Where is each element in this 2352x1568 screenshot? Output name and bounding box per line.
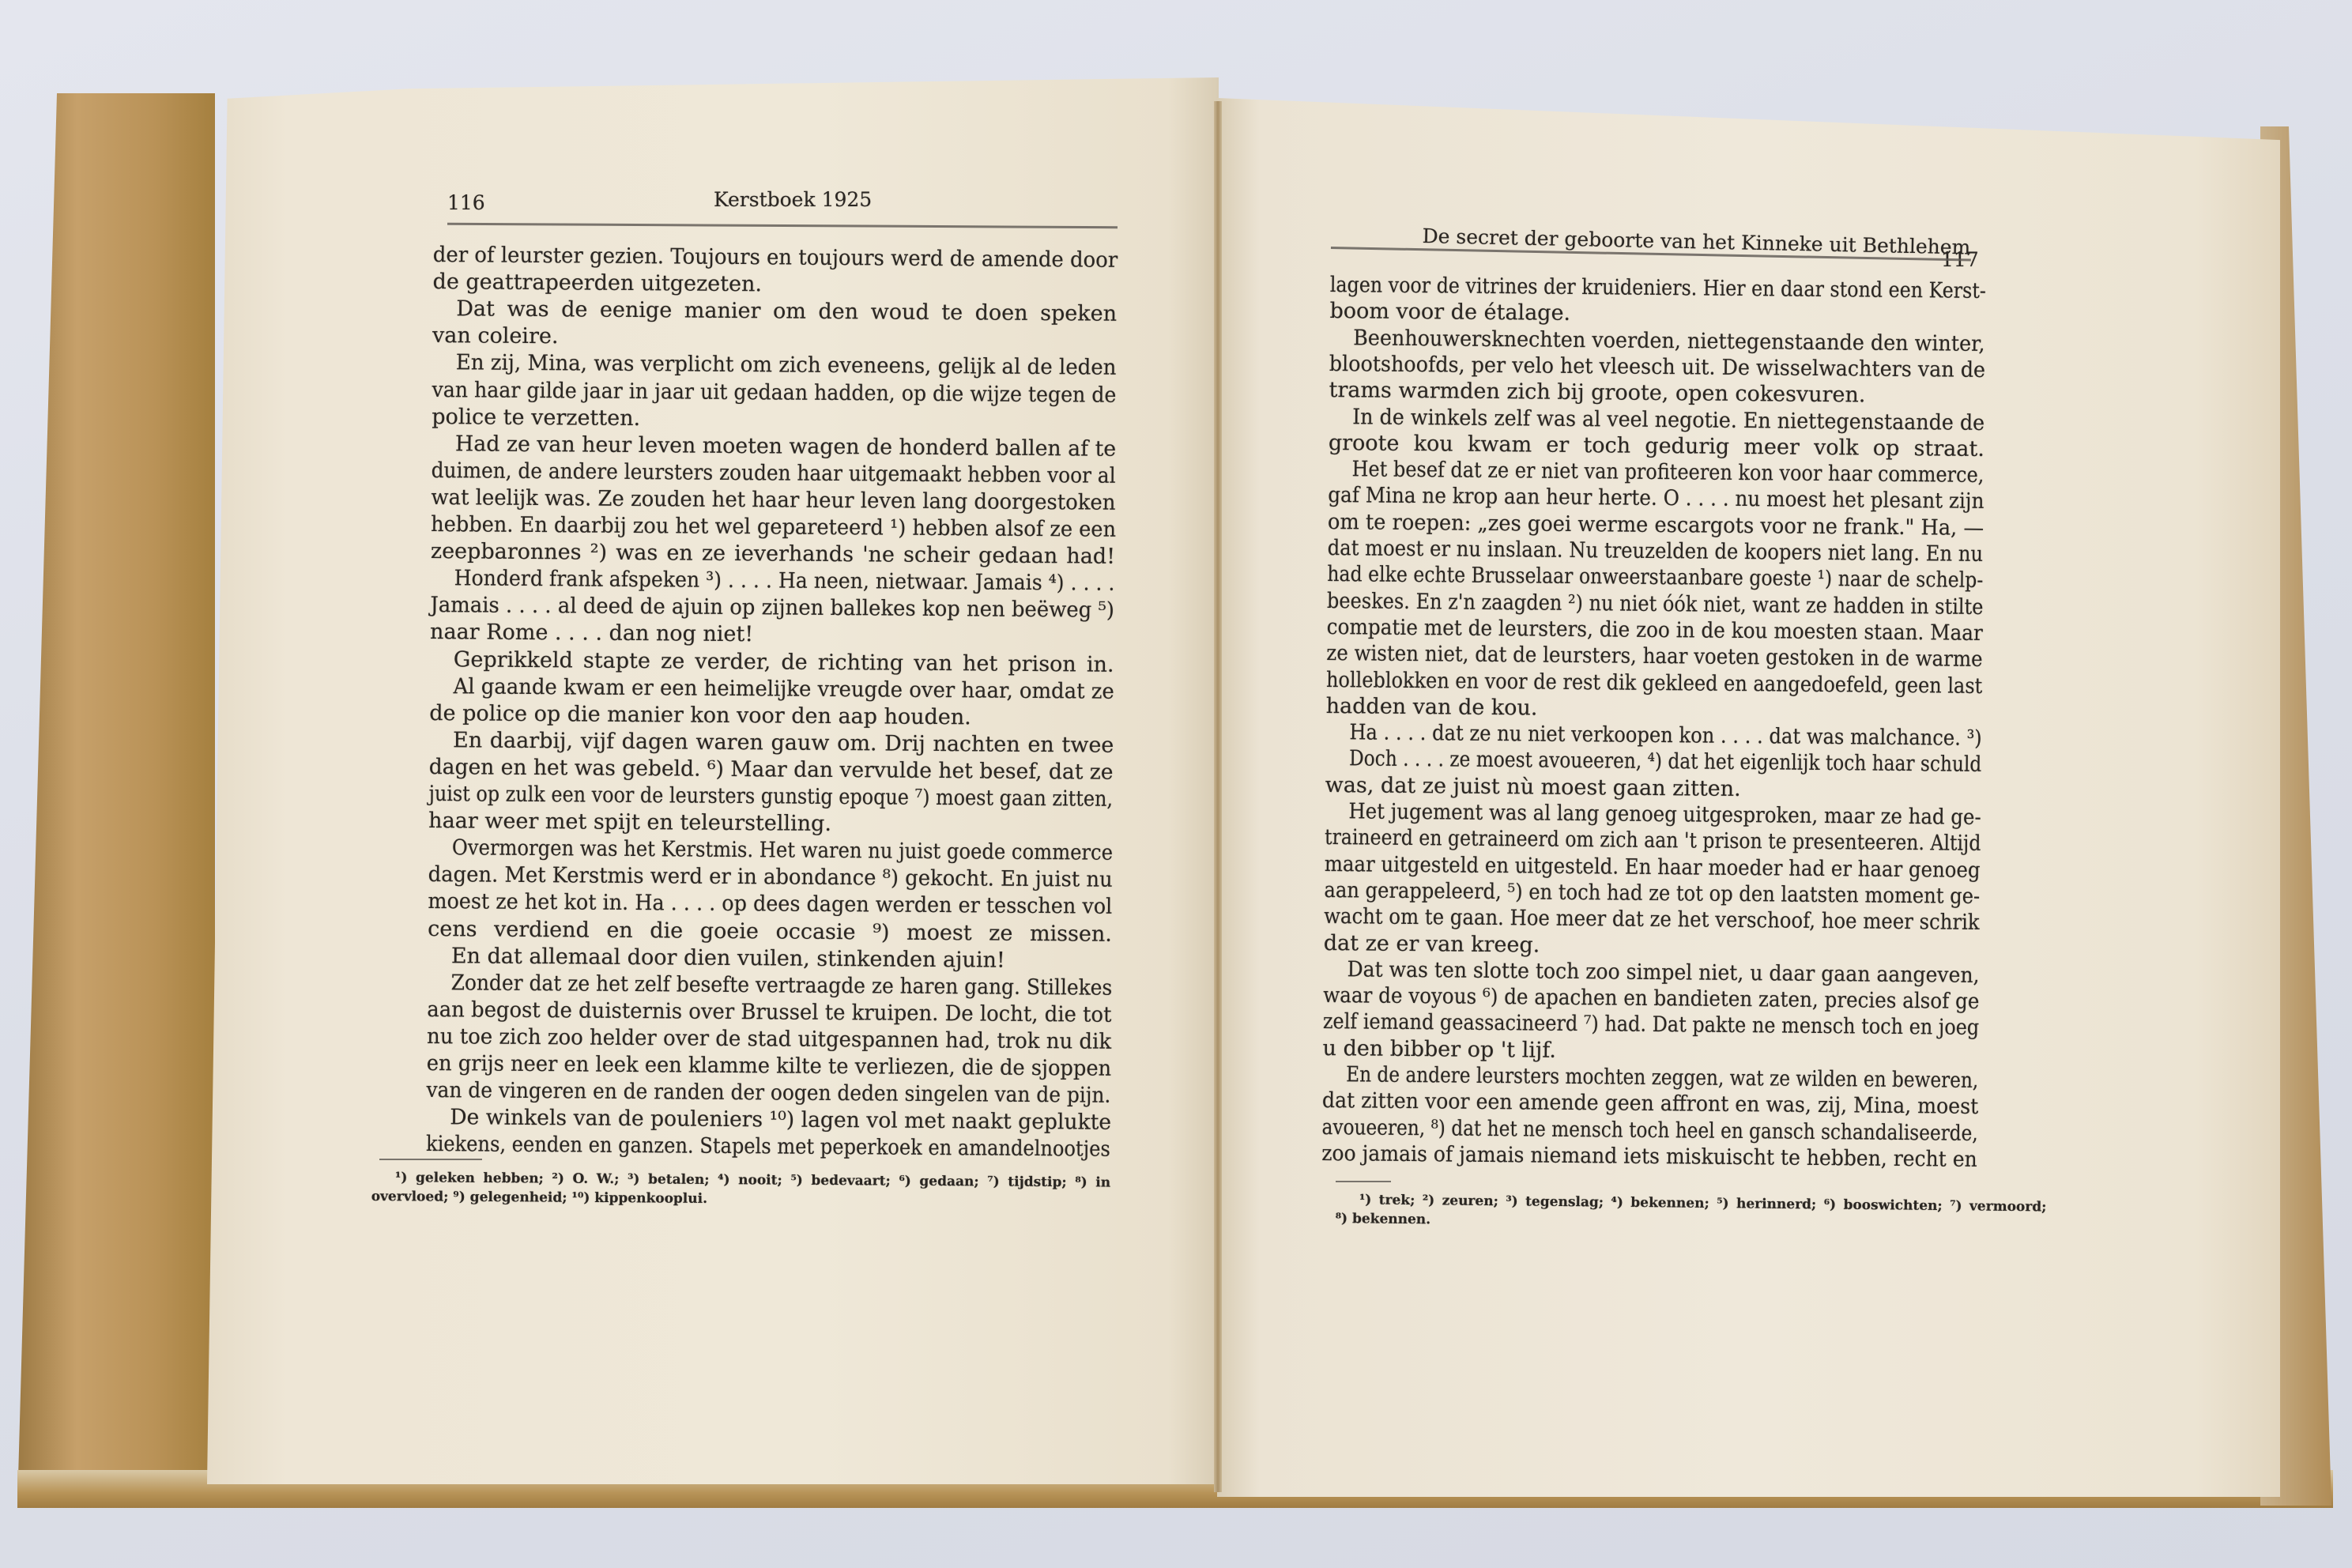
text-line: kiekens, eenden en ganzen. Stapels met p… bbox=[426, 1131, 1110, 1163]
text-line: En dat allemaal door dien vuilen, stinke… bbox=[451, 943, 1005, 974]
text-line: u den bibber op 't lijf. bbox=[1322, 1035, 1556, 1065]
left-page-number: 116 bbox=[447, 190, 485, 217]
text-line: de police op die manier kon voor den aap… bbox=[429, 700, 971, 731]
text-line: de geattrapeerden uitgezeten. bbox=[432, 269, 762, 298]
text-line: police te verzetten. bbox=[432, 404, 640, 432]
text-line: hadden van de kou. bbox=[1326, 693, 1538, 722]
book-gutter bbox=[1214, 101, 1222, 1492]
right-footnote-rule bbox=[1336, 1181, 1391, 1182]
text-line: van coleire. bbox=[432, 322, 559, 350]
left-running-head: Kerstboek 1925 bbox=[714, 187, 872, 213]
text-line: boom voor de étalage. bbox=[1329, 298, 1570, 327]
footnote-line: ⁸) bekennen. bbox=[1335, 1209, 1430, 1229]
text-line: haar weer met spijt en teleurstelling. bbox=[428, 808, 831, 838]
text-line: dat ze er van kreeg. bbox=[1324, 929, 1540, 959]
text-line: naar Rome . . . . dan nog niet! bbox=[430, 619, 753, 648]
footnote-line: overvloed; ⁹) gelegenheid; ¹⁰) kippenkoo… bbox=[371, 1187, 707, 1208]
book-cover-left-edge bbox=[17, 93, 215, 1506]
left-footnote-rule bbox=[379, 1159, 482, 1160]
